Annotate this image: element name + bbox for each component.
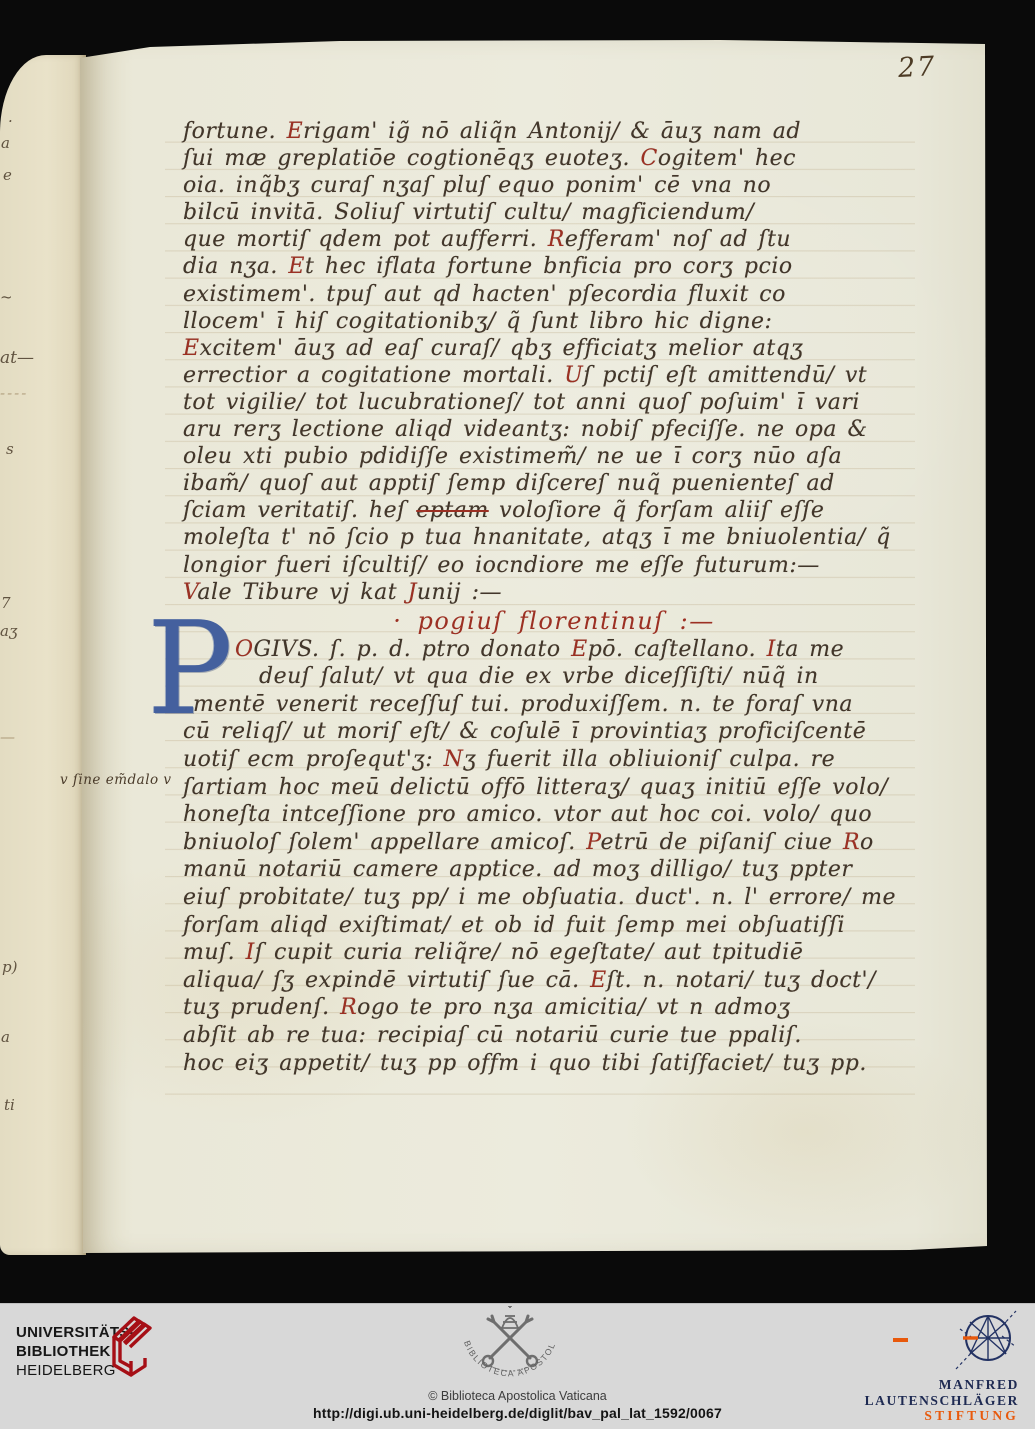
manuscript-line: fortune. Erigam' ig̃ nō aliq̃n Antonij/ … <box>183 118 899 145</box>
rubric-heading: · pogiuſ florentinuſ :— <box>183 606 899 636</box>
gutter-fragment: — <box>0 728 15 746</box>
manuscript-line: oleu xti pubio pdidiſſe existimem̃/ ne u… <box>183 443 899 470</box>
manuscript-line: mentē venerit receſſuſ tui. produxiſſem.… <box>183 691 899 719</box>
manuscript-line: cū reliqſ/ ut moriſ eſt/ & coſulē ī prov… <box>183 718 899 746</box>
mls-line2: LAUTENSCHLÄGER <box>865 1393 1019 1409</box>
manuscript-page: 27 fortune. Erigam' ig̃ nō aliq̃n Antoni… <box>80 40 987 1253</box>
manuscript-line: Vale Tibure vj kat Junij :— <box>183 579 899 606</box>
manuscript-line: eiuſ probitate/ tuʒ pp/ i me obſuatia. d… <box>183 884 899 912</box>
gutter-fragment: e <box>3 166 12 184</box>
manuscript-line: hoc eiʒ appetit/ tuʒ pp offm i quo tibi … <box>183 1050 899 1078</box>
svg-text:BIBLIOTECA APOSTOLICA VATICA: BIBLIOTECA APOSTOLICA VATICANA <box>448 1306 558 1378</box>
gutter-fragment: at— <box>0 348 34 368</box>
paragraph-2-wrap: P OGIVS. ſ. p. d. ptro donato Epō. caſte… <box>183 636 899 1078</box>
gutter-fragments: .ae~at—----s7aʒ—p)ati <box>0 0 30 1260</box>
manuscript-line: ſciam veritatiſ. heſ eptam voloſiore q̃ … <box>183 497 899 524</box>
gutter-fragment: ~ <box>0 288 13 306</box>
folio-number: 27 <box>897 51 937 84</box>
mls-line1: MANFRED <box>865 1377 1019 1393</box>
manuscript-line: manū notariū camere apptice. ad moʒ dill… <box>183 856 899 884</box>
mls-line3: STIFTUNG <box>865 1408 1019 1424</box>
gutter-fragment: a <box>1 1028 10 1046</box>
illuminated-initial-p: P <box>147 606 233 734</box>
manuscript-line: dia nʒa. Et hec iflata fortune bnficia p… <box>183 253 899 280</box>
manuscript-line: OGIVS. ſ. p. d. ptro donato Epō. caſtell… <box>183 636 899 664</box>
text-block: fortune. Erigam' ig̃ nō aliq̃n Antonij/ … <box>183 118 899 1077</box>
manuscript-line: ibam̃/ quoſ aut apptiſ ſemp diſcereſ nuq… <box>183 470 899 497</box>
manuscript-line: oia. inq̃bʒ curaſ nʒaſ pluſ equo ponim' … <box>183 172 899 199</box>
manuscript-line: errectior a cogitatione mortali. Uſ pcti… <box>183 362 899 389</box>
foundation-wordmark: MANFRED LAUTENSCHLÄGER STIFTUNG <box>865 1377 1019 1424</box>
manuscript-line: llocem' ī hiſ cogitationibʒ/ q̃ ſunt lib… <box>183 308 899 335</box>
manuscript-line: uotiſ ecm proſequt'ʒ: Nʒ fuerit illa obl… <box>183 746 899 774</box>
crossed-keys-icon <box>483 1316 537 1371</box>
gutter-fragment: s <box>6 440 14 458</box>
footer-bar: UNIVERSITÄTS- BIBLIOTHEK HEIDELBERG <box>0 1303 1035 1429</box>
margin-note: v ſine em̃dalo v <box>60 772 190 788</box>
manuscript-photo: 27 fortune. Erigam' ig̃ nō aliq̃n Antoni… <box>0 0 1035 1303</box>
paragraph-2: OGIVS. ſ. p. d. ptro donato Epō. caſtell… <box>183 636 899 1078</box>
foundation-orange-dash <box>893 1338 908 1342</box>
manuscript-line: bniuoloſ ſolem' appellare amicoſ. Petrū … <box>183 829 899 857</box>
manuscript-line: moleſta t' nō ſcio p tua hnanitate, atqʒ… <box>183 524 899 551</box>
manuscript-line: aru rerʒ lectione aliqd videantʒ: nobiſ … <box>183 416 899 443</box>
manuscript-line: Excitem' āuʒ ad eaſ curaſ/ qbʒ efficiatʒ… <box>183 335 899 362</box>
papal-tiara-icon <box>500 1306 520 1328</box>
manuscript-line: que mortiſ qdem pot aufferri. Refferam' … <box>183 226 899 253</box>
gutter-fragment: p) <box>2 958 17 976</box>
manuscript-line: ſui mæ greplatiōe cogtionēqʒ euoteʒ. Cog… <box>183 145 899 172</box>
gutter-fragment: . <box>8 108 13 126</box>
manuscript-line: tuʒ prudenſ. Rogo te pro nʒa amicitia/ v… <box>183 994 899 1022</box>
gutter-fragment: aʒ <box>0 622 17 640</box>
manuscript-line: honeſta intceſſione pro amico. vtor aut … <box>183 801 899 829</box>
manuscript-line: abſit ab re tua: recipiaſ cū notariū cur… <box>183 1022 899 1050</box>
manuscript-line: muſ. Iſ cupit curia reliq̃re/ nō egeſtat… <box>183 939 899 967</box>
gutter-fragment: ti <box>4 1096 15 1114</box>
manuscript-line: forſam aliqd exiſtimat/ et ob id fuit ſe… <box>183 912 899 940</box>
paragraph-1: fortune. Erigam' ig̃ nō aliq̃n Antonij/ … <box>183 118 899 606</box>
manuscript-line: deuſ ſalut/ vt qua die ex vrbe diceſſiſt… <box>183 663 899 691</box>
vatican-library-emblem: BIBLIOTECA APOSTOLICA VATICANA <box>448 1306 572 1388</box>
manuscript-line: existimem'. tpuſ aut qd hacten' pſecordi… <box>183 281 899 308</box>
gutter-fragment: ---- <box>0 384 28 402</box>
manuscript-line: longior fueri iſcultiſ/ eo iocndiore me … <box>183 552 899 579</box>
manuscript-line: bilcū invitā. Soliuſ virtutiſ cultu/ mag… <box>183 199 899 226</box>
manuscript-line: tot vigilie/ tot lucubrationeſ/ tot anni… <box>183 389 899 416</box>
gutter-fragment: a <box>1 134 10 152</box>
lautenschlaeger-foundation-icon <box>952 1309 1018 1373</box>
ub-heidelberg-book-icon <box>98 1309 154 1381</box>
manuscript-line: ſartiam hoc meū delictū offō litteraʒ/ q… <box>183 774 899 802</box>
manuscript-line: aliqua/ ſʒ expindē virtutiſ ſue cā. Eſt.… <box>183 967 899 995</box>
gutter-fragment: 7 <box>1 594 11 612</box>
